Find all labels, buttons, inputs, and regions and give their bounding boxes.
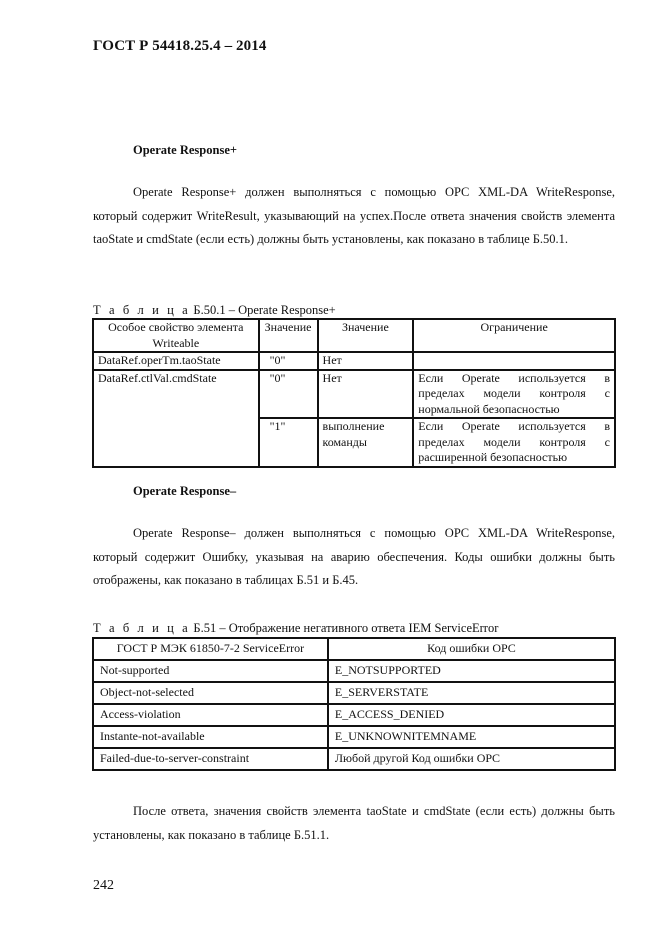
value-cell: "1" bbox=[259, 418, 318, 467]
header-cell: Код ошибки OPC bbox=[328, 638, 615, 660]
service-error-cell: Failed-due-to-server-constraint bbox=[93, 748, 328, 770]
value-cell: "0" bbox=[259, 370, 318, 419]
service-error-cell: Not-supported bbox=[93, 660, 328, 682]
opc-error-code-cell: Любой другой Код ошибки OPC bbox=[328, 748, 615, 770]
header-cell: Значение bbox=[259, 319, 318, 352]
header-cell: ГОСТ Р МЭК 61850-7-2 ServiceError bbox=[93, 638, 328, 660]
opc-error-code-cell: E_NOTSUPPORTED bbox=[328, 660, 615, 682]
table-row: Object-not-selected E_SERVERSTATE bbox=[93, 682, 615, 704]
caption-prefix: Т а б л и ц а bbox=[93, 303, 190, 317]
opc-error-code-cell: E_SERVERSTATE bbox=[328, 682, 615, 704]
opc-error-code-cell: E_UNKNOWNITEMNAME bbox=[328, 726, 615, 748]
paragraph-operate-response-minus: Operate Response– должен выполняться с п… bbox=[93, 522, 615, 593]
opc-error-code-cell: E_ACCESS_DENIED bbox=[328, 704, 615, 726]
header-cell: Особое свойство элемента Writeable bbox=[93, 319, 259, 352]
meaning-cell: Нет bbox=[318, 352, 414, 370]
table-row: Not-supported E_NOTSUPPORTED bbox=[93, 660, 615, 682]
restriction-cell: Если Operate используется в пределах мод… bbox=[413, 418, 615, 467]
table-header-row: Особое свойство элемента Writeable Значе… bbox=[93, 319, 615, 352]
restriction-cell bbox=[413, 352, 615, 370]
paragraph-operate-response-plus: Operate Response+ должен выполняться с п… bbox=[93, 181, 615, 252]
table-caption-b50-1: Т а б л и ц а Б.50.1 – Operate Response+ bbox=[93, 303, 336, 318]
table-row: Access-violation E_ACCESS_DENIED bbox=[93, 704, 615, 726]
header-cell: Значение bbox=[318, 319, 414, 352]
property-cell: DataRef.ctlVal.cmdState bbox=[93, 370, 259, 467]
table-header-row: ГОСТ Р МЭК 61850-7-2 ServiceError Код ош… bbox=[93, 638, 615, 660]
service-error-cell: Instante-not-available bbox=[93, 726, 328, 748]
restriction-cell: Если Operate используется в пределах мод… bbox=[413, 370, 615, 419]
table-row: DataRef.operTm.taoState "0" Нет bbox=[93, 352, 615, 370]
service-error-cell: Object-not-selected bbox=[93, 682, 328, 704]
service-error-cell: Access-violation bbox=[93, 704, 328, 726]
caption-prefix: Т а б л и ц а bbox=[93, 621, 190, 635]
section-title-operate-response-minus: Operate Response– bbox=[133, 484, 236, 499]
caption-text: Б.51 – Отображение негативного ответа IE… bbox=[190, 621, 498, 635]
meaning-cell: Нет bbox=[318, 370, 414, 419]
table-b51: ГОСТ Р МЭК 61850-7-2 ServiceError Код ош… bbox=[92, 637, 616, 771]
table-row: Instante-not-available E_UNKNOWNITEMNAME bbox=[93, 726, 615, 748]
section-title-operate-response-plus: Operate Response+ bbox=[133, 143, 237, 158]
table-b50-1: Особое свойство элемента Writeable Значе… bbox=[92, 318, 616, 468]
document-header: ГОСТ Р 54418.25.4 – 2014 bbox=[93, 38, 266, 55]
table-row: Failed-due-to-server-constraint Любой др… bbox=[93, 748, 615, 770]
meaning-cell: выполнение команды bbox=[318, 418, 414, 467]
property-cell: DataRef.operTm.taoState bbox=[93, 352, 259, 370]
page-number: 242 bbox=[93, 878, 114, 894]
value-cell: "0" bbox=[259, 352, 318, 370]
header-cell: Ограничение bbox=[413, 319, 615, 352]
table-row: DataRef.ctlVal.cmdState "0" Нет Если Ope… bbox=[93, 370, 615, 419]
caption-text: Б.50.1 – Operate Response+ bbox=[190, 303, 335, 317]
closing-paragraph: После ответа, значения свойств элемента … bbox=[93, 800, 615, 847]
table-caption-b51: Т а б л и ц а Б.51 – Отображение негатив… bbox=[93, 621, 498, 636]
